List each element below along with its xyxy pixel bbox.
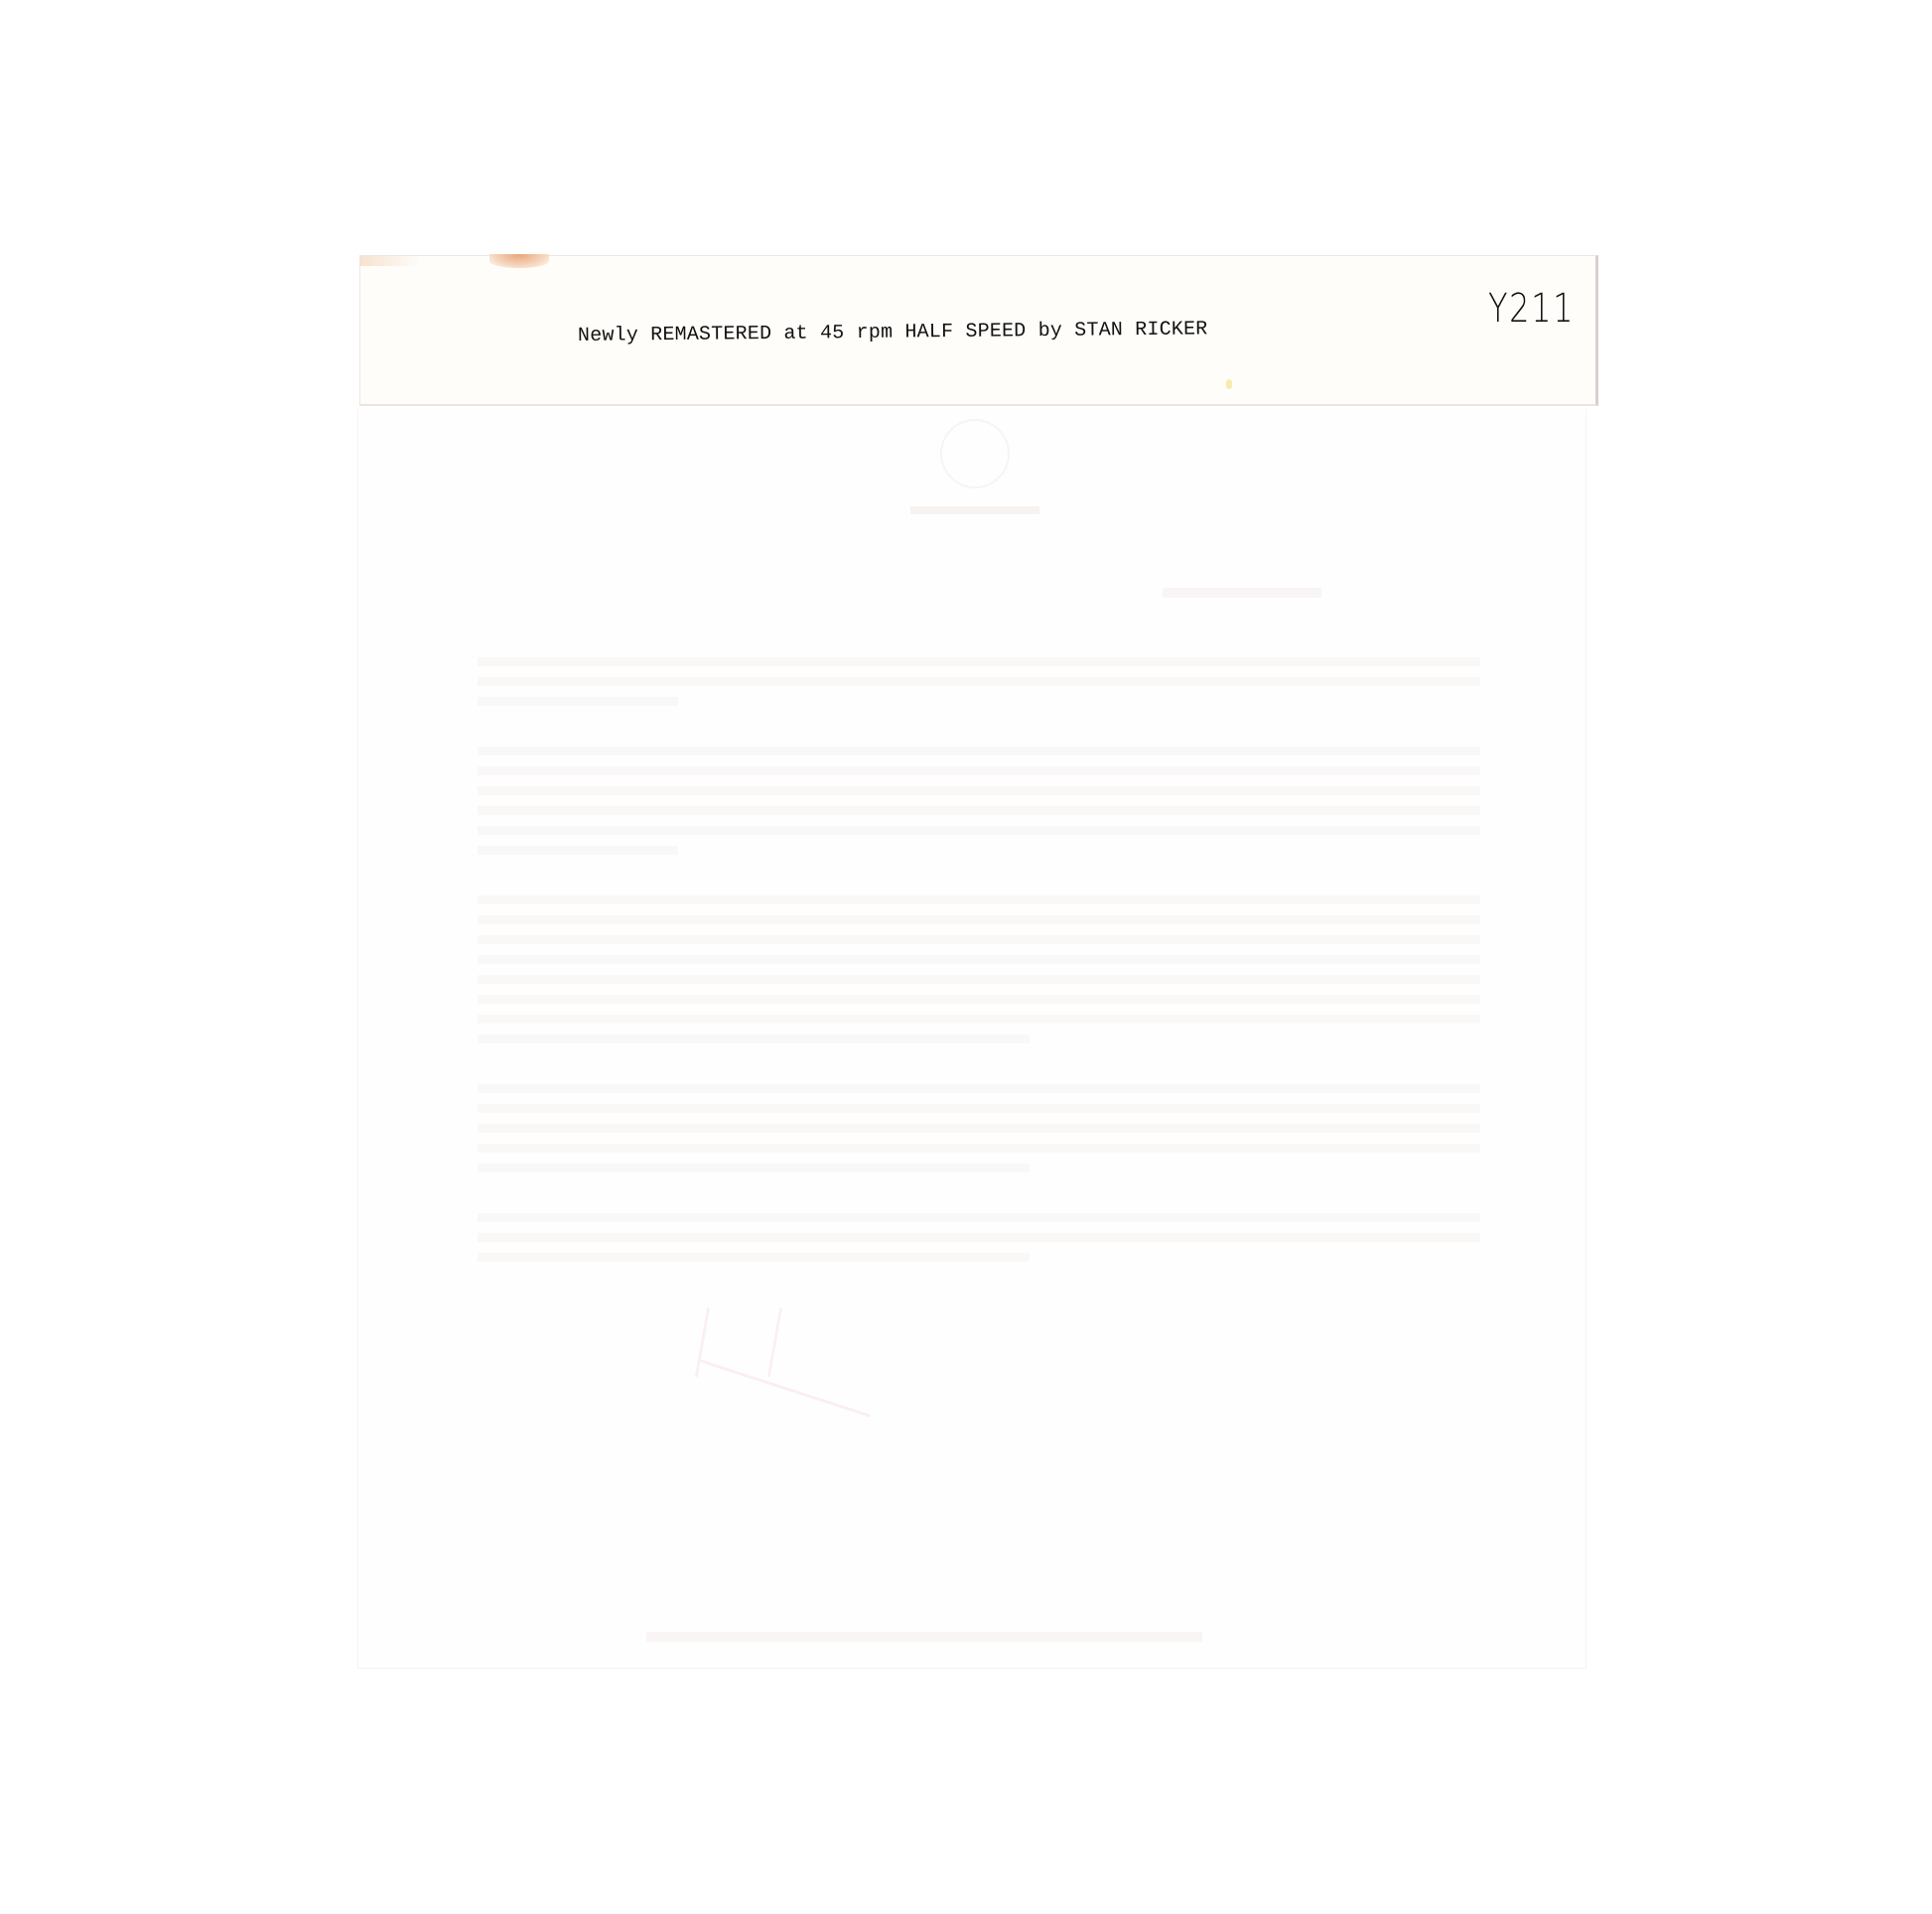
typed-label-strip: Newly REMASTERED at 45 rpm HALF SPEED by… [359,255,1598,406]
yellow-speck [1226,379,1232,389]
signature-underline-faint [700,1359,871,1417]
letter-paragraph-faint [478,657,1480,717]
show-through-letter-sheet [357,409,1587,1669]
stain-mark [489,254,549,268]
remaster-credit-text: Newly REMASTERED at 45 rpm HALF SPEED by… [578,318,1208,347]
letter-paragraph-faint [478,1084,1480,1183]
letterhead-seal-icon [940,419,1010,488]
letter-footer-faint [646,1632,1202,1642]
signature-faint [695,1307,782,1377]
letterhead-caption [910,506,1039,514]
letter-paragraph-faint [478,1213,1480,1273]
stain-mark [360,256,420,266]
catalog-number-handwritten: Y211 [1488,286,1575,332]
letter-heading-faint [1163,588,1321,598]
letter-paragraph-faint [478,895,1480,1054]
letter-paragraph-faint [478,747,1480,866]
